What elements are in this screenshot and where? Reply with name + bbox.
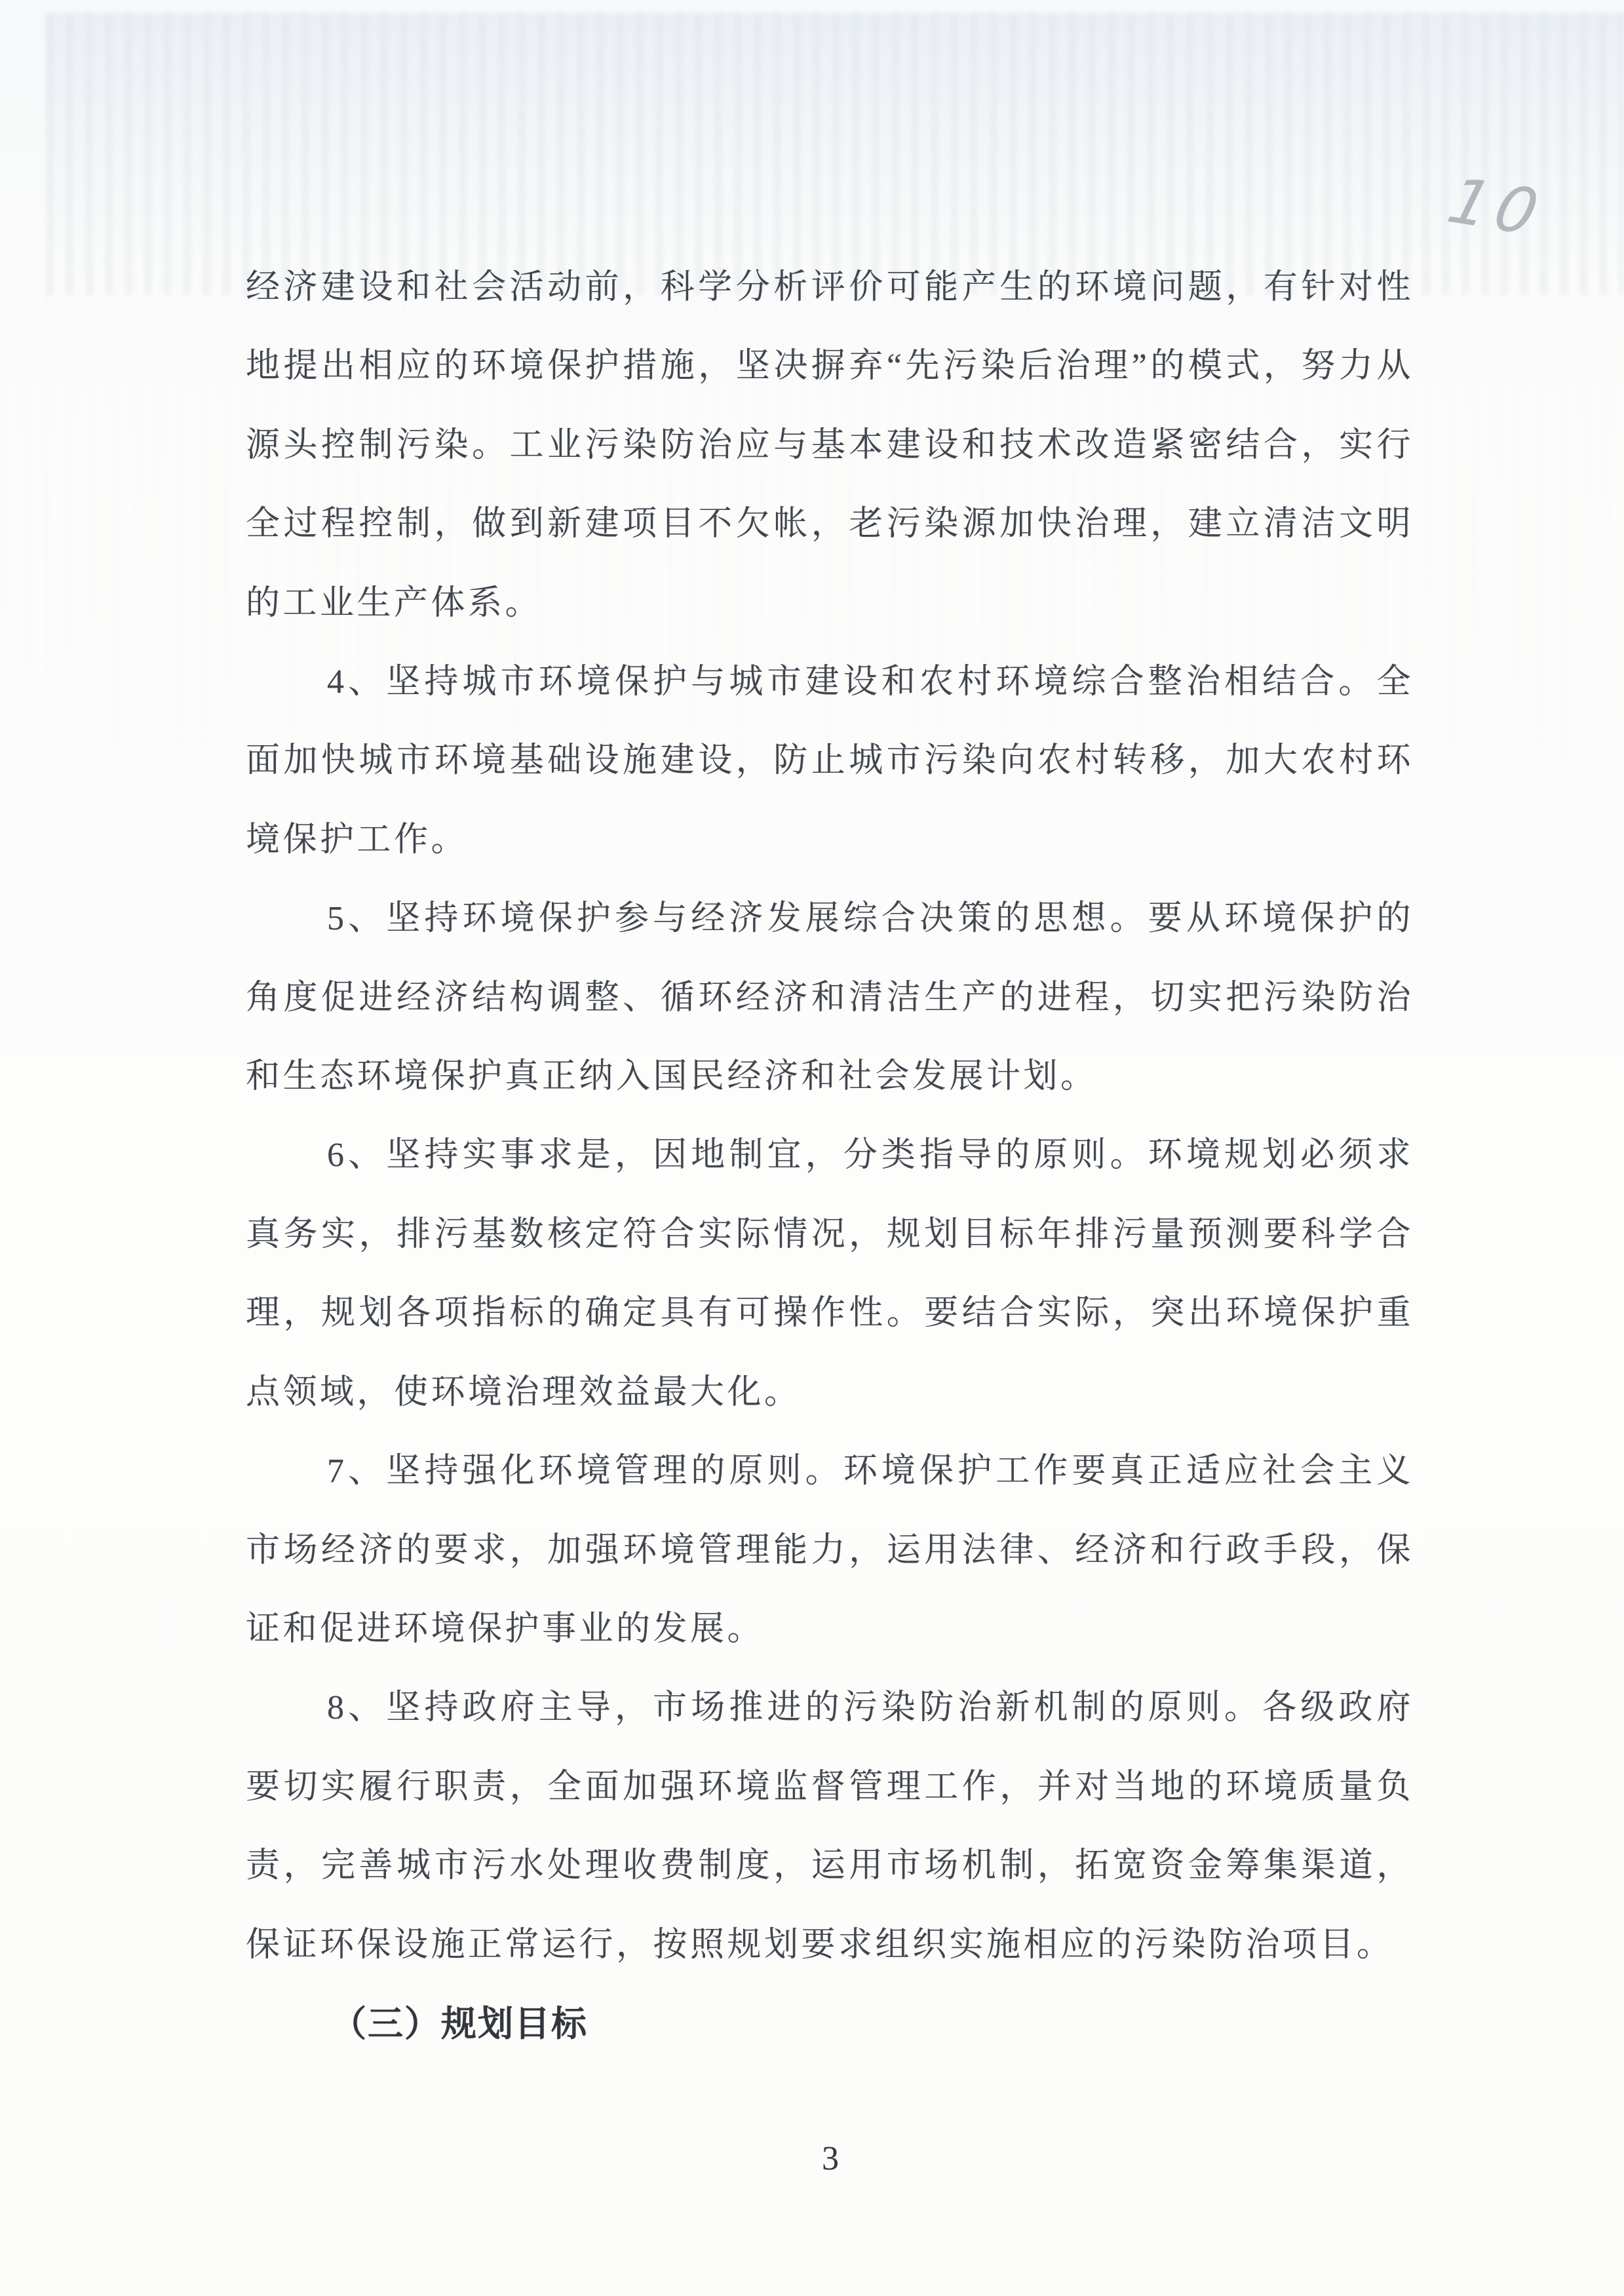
handwritten-page-annotation: 10 [1442,169,1550,244]
paragraph-item-8: 8、坚持政府主导，市场推进的污染防治新机制的原则。各级政府要切实履行职责，全面加… [246,1669,1414,1985]
scanned-document-page: 10 经济建设和社会活动前，科学分析评价可能产生的环境问题，有针对性地提出相应的… [0,0,1624,2296]
paragraph-item-6: 6、坚持实事求是，因地制宜，分类指导的原则。环境规划必须求真务实，排污基数核定符… [246,1116,1414,1432]
section-heading-planning-goals: （三）规划目标 [246,1985,1414,2063]
paragraph-item-5: 5、坚持环境保护参与经济发展综合决策的思想。要从环境保护的角度促进经济结构调整、… [246,880,1414,1116]
paragraph-item-7: 7、坚持强化环境管理的原则。环境保护工作要真正适应社会主义市场经济的要求，加强环… [246,1432,1414,1669]
page-number: 3 [0,2142,1624,2176]
paragraph-item-4: 4、坚持城市环境保护与城市建设和农村环境综合整治相结合。全面加快城市环境基础设施… [246,643,1414,880]
document-body: 经济建设和社会活动前，科学分析评价可能产生的环境问题，有针对性地提出相应的环境保… [246,248,1414,2063]
paragraph-continuation: 经济建设和社会活动前，科学分析评价可能产生的环境问题，有针对性地提出相应的环境保… [246,248,1414,643]
